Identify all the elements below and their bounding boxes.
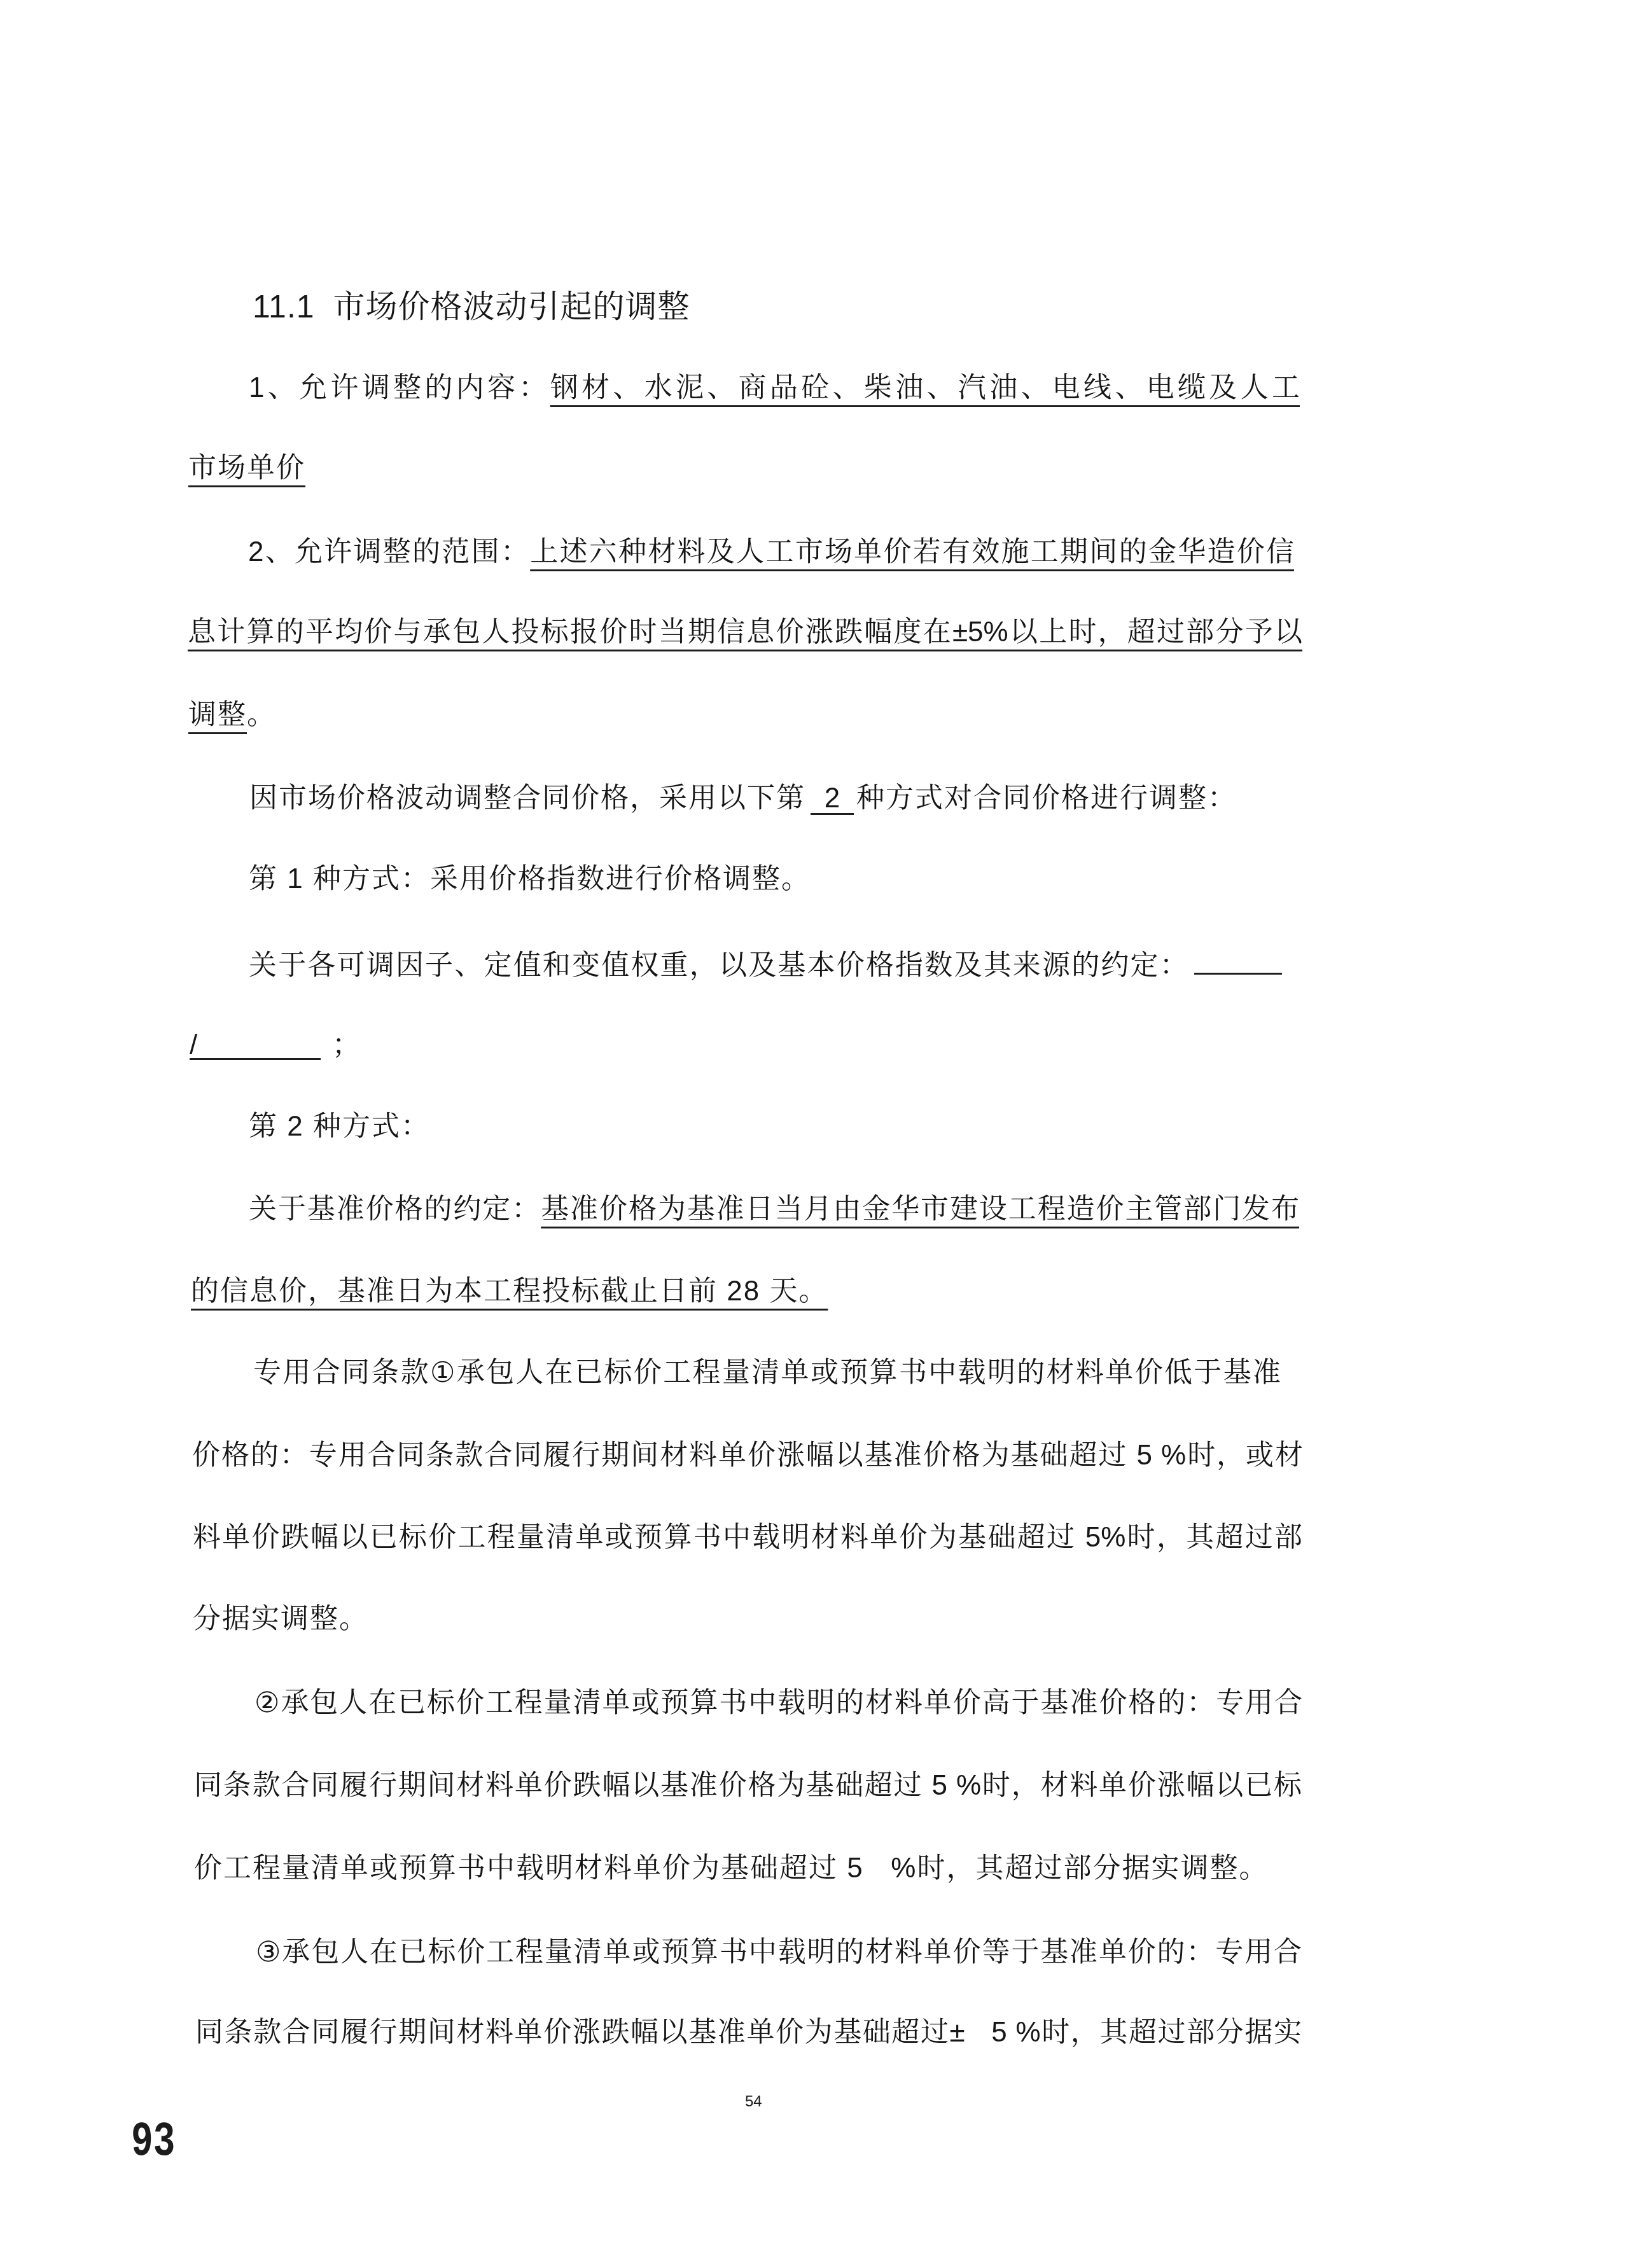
clause-2-line-cont: 息计算的平均价与承包人投标报价时当期信息价涨跌幅度在±5%以上时，超过部分予以 xyxy=(188,613,1302,651)
base-price-line: 关于基准价格的约定：基准价格为基准日当月由金华市建设工程造价主管部门发布 xyxy=(249,1190,1299,1228)
clause-2-value-end: 调整 xyxy=(188,699,247,730)
base-price-value: 基准价格为基准日当月由金华市建设工程造价主管部门发布 xyxy=(541,1193,1299,1225)
adjust-method-text-end: 种方式对合同价格进行调整： xyxy=(856,783,1237,814)
special-clause-3-text-2: 同条款合同履行期间材料单价涨跌幅以基准单价为基础超过± 5 %时，其超过部分据实 xyxy=(195,2017,1302,2048)
special-clause-1-line: 专用合同条款①承包人在已标价工程量清单或预算书中载明的材料单价低于基准 xyxy=(253,1354,1281,1392)
document-page: 11.1 市场价格波动引起的调整 1、允许调整的内容：钢材、水泥、商品砼、柴油、… xyxy=(0,0,1630,2268)
clause-1-line: 1、允许调整的内容：钢材、水泥、商品砼、柴油、汽油、电线、电缆及人工 xyxy=(249,369,1300,407)
method-2-text: 第 2 种方式： xyxy=(249,1111,430,1142)
clause-1-value-cont: 市场单价 xyxy=(188,452,305,484)
method-1-factors-line: 关于各可调因子、定值和变值权重，以及基本价格指数及其来源的约定： xyxy=(249,943,1282,981)
special-clause-1-text-4: 分据实调整。 xyxy=(193,1603,368,1634)
clause-1-value: 钢材、水泥、商品砼、柴油、汽油、电线、电缆及人工 xyxy=(550,372,1300,403)
special-clause-3-line-2: 同条款合同履行期间材料单价涨跌幅以基准单价为基础超过± 5 %时，其超过部分据实 xyxy=(195,2014,1302,2052)
special-clause-2-text: ②承包人在已标价工程量清单或预算书中载明的材料单价高于基准价格的：专用合 xyxy=(254,1687,1302,1718)
method-1-factors-blank xyxy=(1194,943,1282,975)
special-clause-1-line-4: 分据实调整。 xyxy=(193,1600,368,1638)
base-price-label: 关于基准价格的约定： xyxy=(249,1193,541,1225)
period: 。 xyxy=(247,699,276,730)
semicolon: ； xyxy=(332,1029,361,1061)
method-1-factors-line-cont: /； xyxy=(190,1026,361,1064)
method-1-factors-label: 关于各可调因子、定值和变值权重，以及基本价格指数及其来源的约定： xyxy=(249,950,1189,981)
special-clause-1-text: 专用合同条款①承包人在已标价工程量清单或预算书中载明的材料单价低于基准 xyxy=(253,1357,1281,1388)
adjust-method-text-start: 因市场价格波动调整合同价格，采用以下第 xyxy=(249,783,805,814)
special-clause-1-line-2: 价格的：专用合同条款合同履行期间材料单价涨幅以基准价格为基础超过 5 %时，或材 xyxy=(192,1437,1303,1475)
section-heading: 11.1 市场价格波动引起的调整 xyxy=(253,288,690,326)
special-clause-1-line-3: 料单价跌幅以已标价工程量清单或预算书中载明材料单价为基础超过 5%时，其超过部 xyxy=(193,1519,1302,1557)
special-clause-2-text-2: 同条款合同履行期间材料单价跌幅以基准价格为基础超过 5 %时，材料单价涨幅以已标 xyxy=(194,1770,1302,1801)
clause-1-label: 1、允许调整的内容： xyxy=(249,372,550,403)
special-clause-3-line: ③承包人在已标价工程量清单或预算书中载明的材料单价等于基准单价的：专用合 xyxy=(256,1933,1302,1972)
stamped-sheet-number: 93 xyxy=(131,2117,175,2167)
page-number: 54 xyxy=(745,2093,762,2111)
method-1-text: 第 1 种方式：采用价格指数进行价格调整。 xyxy=(249,863,811,894)
special-clause-2-line-2: 同条款合同履行期间材料单价跌幅以基准价格为基础超过 5 %时，材料单价涨幅以已标 xyxy=(194,1767,1302,1805)
method-2-title: 第 2 种方式： xyxy=(249,1108,430,1146)
special-clause-1-text-3: 料单价跌幅以已标价工程量清单或预算书中载明材料单价为基础超过 5%时，其超过部 xyxy=(193,1522,1302,1553)
clause-2-line-end: 调整。 xyxy=(188,696,276,734)
clause-2-line: 2、允许调整的范围：上述六种材料及人工市场单价若有效施工期间的金华造价信 xyxy=(248,533,1294,571)
adjust-method-line: 因市场价格波动调整合同价格，采用以下第2种方式对合同价格进行调整： xyxy=(249,779,1237,817)
method-1-title: 第 1 种方式：采用价格指数进行价格调整。 xyxy=(249,860,811,898)
clause-1-line-cont: 市场单价 xyxy=(188,449,305,487)
special-clause-3-text: ③承包人在已标价工程量清单或预算书中载明的材料单价等于基准单价的：专用合 xyxy=(256,1937,1302,1968)
base-price-line-cont: 的信息价，基准日为本工程投标截止日前 28 天。 xyxy=(191,1272,828,1311)
special-clause-2-line: ②承包人在已标价工程量清单或预算书中载明的材料单价高于基准价格的：专用合 xyxy=(254,1684,1302,1722)
clause-2-value-cont: 息计算的平均价与承包人投标报价时当期信息价涨跌幅度在±5%以上时，超过部分予以 xyxy=(188,616,1302,648)
method-1-factors-value: / xyxy=(190,1031,321,1060)
clause-2-label: 2、允许调整的范围： xyxy=(248,536,530,567)
clause-2-value: 上述六种材料及人工市场单价若有效施工期间的金华造价信 xyxy=(530,536,1294,567)
special-clause-2-line-3: 价工程量清单或预算书中载明材料单价为基础超过 5 %时，其超过部分据实调整。 xyxy=(194,1849,1269,1888)
base-price-value-cont: 的信息价，基准日为本工程投标截止日前 28 天。 xyxy=(191,1276,828,1307)
method-choice-blank: 2 xyxy=(811,784,854,815)
special-clause-2-text-3: 价工程量清单或预算书中载明材料单价为基础超过 5 %时，其超过部分据实调整。 xyxy=(194,1853,1269,1884)
special-clause-1-text-2: 价格的：专用合同条款合同履行期间材料单价涨幅以基准价格为基础超过 5 %时，或材 xyxy=(192,1440,1303,1471)
